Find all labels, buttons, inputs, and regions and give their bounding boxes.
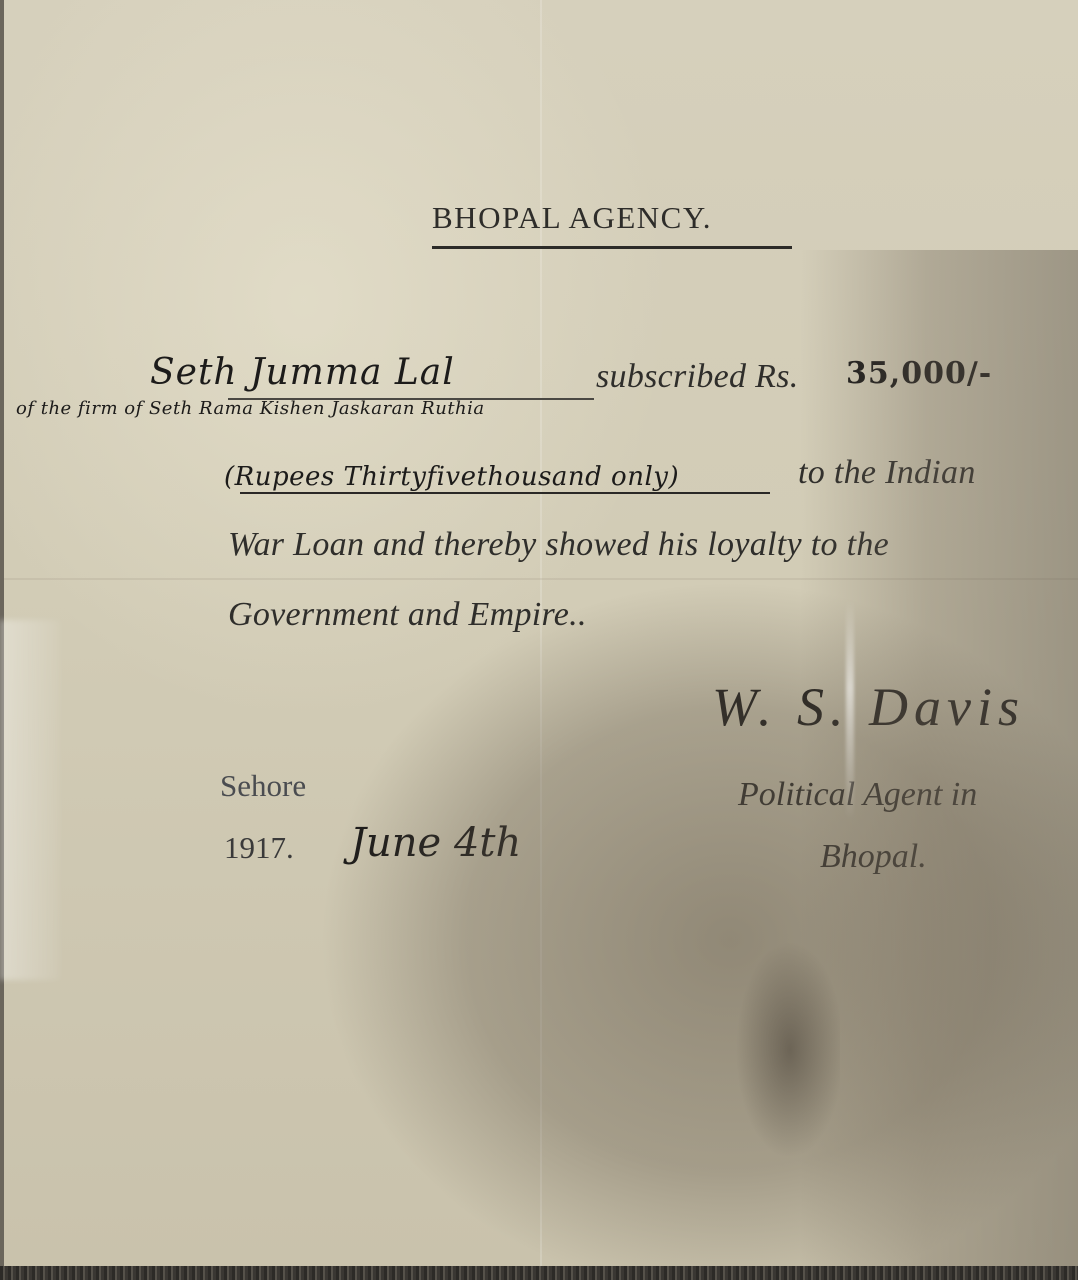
fabric-strip <box>0 1266 1078 1280</box>
to-the-indian-text: to the Indian <box>798 454 976 492</box>
title-underline <box>432 246 792 249</box>
signatory-title-line-2: Bhopal. <box>820 838 927 876</box>
handwritten-amount: 35,000/- <box>846 356 992 391</box>
amount-words-underline <box>240 492 770 494</box>
document-photo: BHOPAL AGENCY. Seth Jumma Lal subscribed… <box>0 0 1078 1280</box>
paper-fold-horizontal <box>0 578 1078 580</box>
year-text: 1917. <box>224 830 294 866</box>
paper-fold-vertical <box>540 0 542 1268</box>
handwritten-amount-words: (Rupees Thirtyfivethousand only) <box>224 462 679 492</box>
government-line: Government and Empire.. <box>228 596 587 634</box>
handwritten-name: Seth Jumma Lal <box>150 352 455 393</box>
signatory-title-line-1: Political Agent in <box>738 776 977 814</box>
war-loan-line: War Loan and thereby showed his loyalty … <box>228 526 889 564</box>
sleeve-glare-strip <box>846 600 854 820</box>
document-title: BHOPAL AGENCY. <box>432 200 712 236</box>
place-text: Sehore <box>220 768 306 804</box>
sleeve-glare-left <box>0 620 60 980</box>
signature: W. S. Davis <box>712 676 1025 738</box>
handwritten-firm-line: of the firm of Seth Rama Kishen Jaskaran… <box>16 398 485 419</box>
handwritten-date: June 4th <box>350 820 521 866</box>
subscribed-text: subscribed Rs. <box>596 358 799 396</box>
